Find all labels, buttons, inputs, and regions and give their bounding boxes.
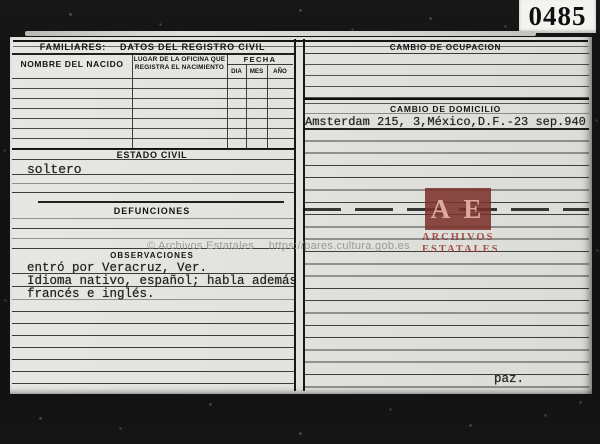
scanned-registry-card-page: 0485 FAMILIARES:DATOS DEL REGISTRO CIVIL… [0, 0, 600, 444]
watermark-copyright: © Archivos Estatales [147, 240, 254, 252]
column-header-mes: MES [246, 68, 267, 75]
rule-line [12, 174, 294, 175]
logo-text-archivos: ARCHIVOS [422, 232, 494, 244]
fecha-underline [227, 64, 293, 65]
note-paz: paz. [494, 372, 524, 386]
rule-line [38, 201, 284, 203]
rule-line [12, 192, 294, 193]
column-header-dia: DIA [227, 68, 246, 75]
registry-card: FAMILIARES:DATOS DEL REGISTRO CIVIL NOMB… [10, 37, 592, 394]
lugar-line2: REGISTRA EL NACIMIENTO [135, 64, 224, 71]
watermark-text: © Archivos Estatales https://pares.cultu… [147, 240, 410, 252]
document-number: 0485 [529, 1, 587, 32]
lugar-line1: LUGAR DE LA OFICINA QUE [134, 56, 225, 63]
ruled-lines-right [303, 129, 589, 389]
rule-line [12, 159, 294, 160]
domicilio-value: Amsterdam 215, 3,México,D.F.-23 sep.940 [305, 115, 586, 129]
rule-line [303, 113, 589, 114]
cambio-ocupacion-label: CAMBIO DE OCUPACION [301, 43, 590, 52]
familiares-label: FAMILIARES: [40, 42, 106, 52]
logo-text-estatales: ESTATALES [422, 244, 494, 256]
column-header-anio: AÑO [267, 68, 293, 75]
column-header-nombre: NOMBRE DEL NACIDO [14, 59, 130, 69]
defunciones-label: DEFUNCIONES [10, 206, 294, 216]
registro-civil-label: DATOS DEL REGISTRO CIVIL [120, 42, 265, 52]
archivos-estatales-logo: A E ARCHIVOS ESTATALES [422, 188, 494, 255]
rule-line [12, 218, 294, 219]
ruled-lines-ocupacion [303, 54, 589, 99]
observaciones-label: OBSERVACIONES [10, 251, 294, 260]
rule-line [12, 238, 294, 239]
card-top-edge [25, 31, 536, 36]
ruled-lines-table [12, 79, 294, 149]
document-number-box: 0485 [519, 0, 596, 33]
ruled-lines-left-bottom [12, 300, 294, 386]
rule-line [12, 228, 294, 229]
rule-line [12, 183, 294, 184]
scan-noise-speckles [0, 0, 1, 1]
logo-initials: A E [425, 188, 491, 230]
column-header-lugar: LUGAR DE LA OFICINA QUE REGISTRA EL NACI… [133, 56, 226, 72]
watermark-url: https://pares.cultura.gob.es [269, 240, 410, 252]
left-section-title: FAMILIARES:DATOS DEL REGISTRO CIVIL [20, 42, 285, 52]
column-header-fecha: FECHA [227, 55, 293, 64]
